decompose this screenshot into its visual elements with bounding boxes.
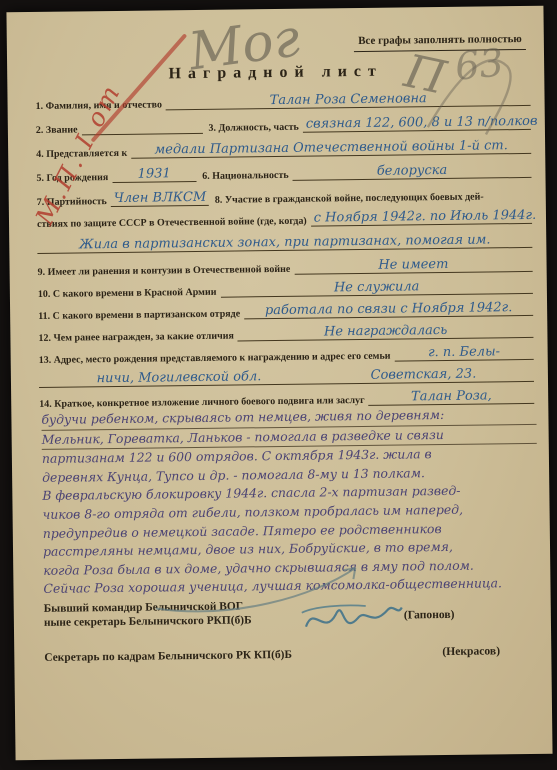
feat-description-paragraph: будучи ребенком, скрываясь от немцев, жи… [41,405,538,599]
field-label: ствиях по защите СССР в Отечественной во… [37,216,311,230]
form-row-birth-nationality: 5. Год рождения 1931 6. Национальность б… [36,156,531,184]
field-label: 6. Национальность [196,170,293,182]
field-value: Член ВЛКСМ [111,191,209,207]
signer2-title: Секретарь по кадрам Белыничского РК КП(б… [44,649,292,664]
signer1-name: (Гапонов) [404,608,455,622]
award-sheet-paper: Все графы заполнять полностью Наградной … [6,6,552,761]
field-value: Талан Роза Семеновна [166,91,531,110]
form-row-award: 4. Представляется к медали Партизана Оте… [36,132,531,160]
form-row-war-participation-cont: Жила в партизанских зонах, при партизана… [37,226,532,254]
field-value: белоруска [293,163,532,181]
field-value: Советская, 23. [371,368,477,383]
field-value: ничи, Могилевской обл. [96,371,261,387]
field-value: связная 122, 600, 8 и 13 п/полков [303,115,531,132]
field-value: с Ноября 1942г. по Июль 1944г. [311,209,532,226]
pencil-mark-number: 63 [453,40,505,89]
gaponov-signature-flourish [302,605,366,613]
signer1-title-line2: ныне секретарь Белыничского РКП(б)Б [44,614,252,629]
gaponov-signature [306,608,402,627]
form-row-war-participation: ствиях по защите СССР в Отечественной во… [37,202,532,230]
field-value: 1931 [112,167,196,183]
field-label: 3. Должность, часть [202,122,302,134]
signer1-title-line1: Бывший командир Белыничской ВОГ [44,600,243,614]
field-value: Талан Роза, [369,389,535,406]
signer2-name: (Некрасов) [442,644,500,658]
